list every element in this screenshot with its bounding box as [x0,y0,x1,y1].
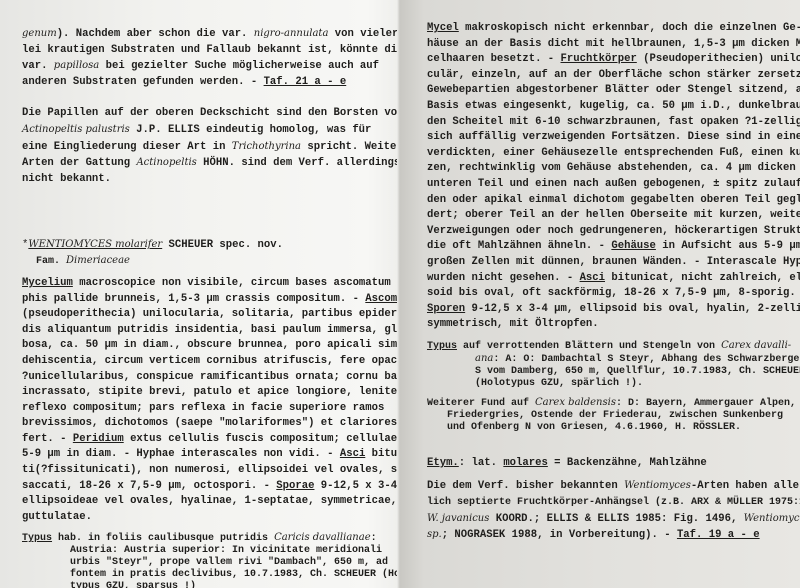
line: lei krautigen Substraten und Fallaub bek… [22,43,390,59]
line: var. papillosa bei gezielter Suche mögli… [22,58,390,75]
host-name: Caricis davallianae [274,532,371,543]
text: anderen Substraten gefunden werden. - [22,76,264,88]
spacer [427,390,790,397]
section-label-gehaeuse: Gehäuse [611,240,656,252]
section-label-peridium: Peridium [73,433,124,445]
line: soid bis oval, oft sackförmig, 18-26 x 7… [427,286,790,302]
line: dehiscentia, circum verticem cornibus at… [22,354,390,370]
section-label-asci: Asci [580,272,605,284]
text: in Aufsicht aus 5-9 µm [656,240,800,252]
line: häuse an der Basis dicht mit hellbraunen… [427,37,790,53]
text: -Arten haben alle spär- [691,480,800,492]
spacer [427,333,790,340]
line: Austria: Austria superior: In vicinitate… [22,545,390,557]
text: die oft Mahlzähnen ähneln. - [427,240,611,252]
line: Weiterer Fund auf Carex baldensis: D: Ba… [427,397,790,410]
section-label-fruchtkoerper: Fruchtkörper [561,53,637,65]
line: unteren Teil und einen nach außen geboge… [427,177,790,193]
line: sich auffällig verzweigenden Fortsätzen.… [427,130,790,146]
line: W. javanicus KOORD.; ELLIS & ELLIS 1985:… [427,511,790,528]
text: KOORD.; ELLIS & ELLIS 1985: Fig. 1496, [489,513,743,525]
line: symmetrisch, mit Öltropfen. [427,317,790,333]
text: 5-9 µm in diam. - Hyphae interascales no… [22,448,340,460]
section-label-typus: Typus [427,341,457,352]
section-label-sporae: Sporae [276,480,314,492]
spacer [22,525,390,532]
line: Gewebepartien abgestorbener Blätter oder… [427,83,790,99]
line: guttulatae. [22,510,390,526]
taxon-name: nigro-annulata [254,28,329,39]
line: incrassato, stipite brevi, patulo et api… [22,385,390,401]
line: genum). Nachdem aber schon die var. nigr… [22,26,390,43]
line: Verzweigungen oder noch gedrungeneren, h… [427,224,790,240]
line: zen, rechtwinklig vom Gehäuse abstehende… [427,161,790,177]
line: urbis "Steyr", prope vallem rivi "Dambac… [22,557,390,569]
text: hab. in foliis caulibusque putridis [52,533,274,544]
text: ). Nachdem aber schon die var. [57,28,254,40]
species-heading: *WENTIOMYCES molarifer SCHEUER spec. nov… [22,237,390,269]
spacer [427,434,790,456]
left-page-content: genum). Nachdem aber schon die var. nigr… [0,0,400,588]
line: dert; oberer Teil an der hellen Oberseit… [427,208,790,224]
text: extus cellulis fuscis compositum; cellul… [124,433,397,445]
text: : lat. [459,457,504,469]
line: *WENTIOMYCES molarifer SCHEUER spec. nov… [22,237,390,254]
host-name: Carex davalli- [721,340,791,351]
line: Typus hab. in foliis caulibusque putridi… [22,532,390,545]
line: fontem in pratis declivibus, 10.7.1983, … [22,569,390,581]
line: eine Eingliederung dieser Art in Trichot… [22,139,390,156]
text: var. [22,60,54,72]
text: wurden nicht gesehen. - [427,272,580,284]
section-label-sporen: Sporen [427,303,465,315]
line: Arten der Gattung Actinopeltis HÖHN. sin… [22,155,390,172]
line: phis pallide brunneis, 1,5-3 µm crassis … [22,292,390,308]
text: macroscopice non visibile, circum bases … [73,277,416,289]
line: 5-9 µm in diam. - Hyphae interascales no… [22,447,390,463]
text: = Backenzähne, Mahlzähne [548,457,707,469]
discussion-paragraph: Die dem Verf. bisher bekannten Wentiomyc… [427,478,790,543]
section-label-asci: Asci [340,448,365,460]
line: Mycel makroskopisch nicht erkennbar, doc… [427,21,790,37]
text: : A: O: Dambachtal S Steyr, Abhang des S… [493,354,800,365]
text: Weiterer Fund auf [427,398,535,409]
text: ; NOGRASEK 1988, in Vorbereitung). - [442,529,677,541]
typus-block: Typus auf verrottenden Blättern und Sten… [427,340,790,390]
text: eine Eingliederung dieser Art in [22,141,232,153]
species-author: SCHEUER spec. nov. [162,239,283,251]
line: Actinopeltis palustris J.P. ELLIS eindeu… [22,122,390,139]
taxon-name: papillosa [54,60,99,71]
typus-block: Typus hab. in foliis caulibusque putridi… [22,532,390,588]
line: und Ofenberg N von Griesen, 4.6.1960, H.… [427,422,790,434]
text: von vieler- [328,28,404,40]
family-label: Fam. [36,256,66,267]
section-label-mycel: Mycel [427,22,459,34]
line: Typus auf verrottenden Blättern und Sten… [427,340,790,353]
text: Arten der Gattung [22,157,136,169]
line: reflexo compositum; pars reflexa in faci… [22,401,390,417]
taxon-name: Actinopeltis [136,157,196,168]
line: sp.; NOGRASEK 1988, in Vorbereitung). - … [427,527,790,544]
line: ?unicellularibus, conspicue ramificantib… [22,370,390,386]
line: Mycelium macroscopice non visibile, circ… [22,276,390,292]
plate-reference: Taf. 19 a - e [677,529,760,541]
line: saccati, 18-26 x 7,5-9 µm, octospori. - … [22,479,390,495]
line: dis aliquantum putridis insidentia, basi… [22,323,390,339]
etym-word: molares [503,457,548,469]
line: (pseudoperithecia) unilocularia, solitar… [22,307,390,323]
spacer [22,269,390,276]
latin-description: Mycelium macroscopice non visibile, circ… [22,276,390,526]
line: anderen Substraten gefunden werden. - Ta… [22,75,390,91]
line: den Scheitel mit 6-10 schwarzbraunen, fa… [427,115,790,131]
text: : [371,533,377,544]
taxon-name: Actinopeltis palustris [22,124,130,135]
text: auf verrottenden Blättern und Stengeln v… [457,341,721,352]
line: Sporen 9-12,5 x 3-4 µm, ellipsoid bis ov… [427,302,790,318]
line: Die Papillen auf der oberen Deckschicht … [22,106,390,122]
text: HÖHN. sind dem Verf. allerdings [197,157,400,169]
spacer [22,187,390,237]
line: brevissimos, dichotomos (saepe "molarifo… [22,416,390,432]
text: saccati, 18-26 x 7,5-9 µm, octospori. - [22,480,276,492]
etymology: Etym.: lat. molares = Backenzähne, Mahlz… [427,456,790,472]
paragraph-papillen: Die Papillen auf der oberen Deckschicht … [22,106,390,187]
host-name: Carex baldensis [535,397,616,408]
line: verdickten, einer Gehäusezelle entsprech… [427,146,790,162]
line: typus GZU, sparsus !) [22,581,390,588]
species-name: W. javanicus [427,513,489,524]
text: makroskopisch nicht erkennbar, doch die … [459,22,800,34]
additional-record: Weiterer Fund auf Carex baldensis: D: Ba… [427,397,790,434]
line: bosa, ca. 50 µm in diam., obscure brunne… [22,338,390,354]
paragraph-varietas-text: genum). Nachdem aber schon die var. nigr… [22,26,390,90]
text: (Pseudoperithecien) unilo- [637,53,800,65]
text: 9-12,5 x 3-4 µm, ellipsoid bis oval, hya… [465,303,800,315]
german-description: Mycel makroskopisch nicht erkennbar, doc… [427,21,790,333]
genus-name: Wentiomyces [624,480,691,491]
line: nicht bekannt. [22,172,390,188]
line: den oder apikal einmal dichotom gegabelt… [427,193,790,209]
genus-name: Wentiomyces [744,513,800,524]
section-label-typus: Typus [22,533,52,544]
text: bei gezielter Suche möglicherweise auch … [99,60,379,72]
line: lich septierte Fruchtkörper-Anhängsel (z… [427,495,790,511]
line: S vom Damberg, 650 m, Quellflur, 10.7.19… [427,366,790,378]
line: (Holotypus GZU, spärlich !). [427,378,790,390]
line: Basis etwas eingesenkt, kugelig, ca. 50 … [427,99,790,115]
line: die oft Mahlzähnen ähneln. - Gehäuse in … [427,239,790,255]
line: ti(?fissitunicati), non numerosi, ellips… [22,463,390,479]
section-label-mycelium: Mycelium [22,277,73,289]
line: großen Zellen mit dünnen, braunen Wänden… [427,255,790,271]
text: bitunicat, nicht zahlreich, ellip- [605,272,800,284]
italic-fragment: genum [22,28,57,39]
line: ana: A: O: Dambachtal S Steyr, Abhang de… [427,353,790,366]
family-name: Dimeriaceae [66,255,130,266]
plate-reference: Taf. 21 a - e [264,76,347,88]
text: spricht. Weitere [301,141,409,153]
text: fert. - [22,433,73,445]
family-line: Fam. Dimeriaceae [22,254,390,269]
line: ellipsoideae vel ovales, hyalinae, 1-sep… [22,494,390,510]
line: Friedergries, Ostende der Friederau, zwi… [427,410,790,422]
host-name: ana [475,353,493,364]
text: Die dem Verf. bisher bekannten [427,480,624,492]
taxon-name: Trichothyrina [232,141,301,152]
abbrev: sp. [427,529,442,540]
spacer [22,90,390,106]
line: celhaaren besetzt. - Fruchtkörper (Pseud… [427,52,790,68]
text: phis pallide brunneis, 1,5-3 µm crassis … [22,293,365,305]
line: Die dem Verf. bisher bekannten Wentiomyc… [427,478,790,495]
text: J.P. ELLIS eindeutig homolog, was für [130,124,372,136]
text: celhaaren besetzt. - [427,53,561,65]
line: wurden nicht gesehen. - Asci bitunicat, … [427,271,790,287]
line: fert. - Peridium extus cellulis fuscis c… [22,432,390,448]
spacer [427,471,790,478]
species-name: WENTIOMYCES molarifer [28,239,162,250]
line: Etym.: lat. molares = Backenzähne, Mahlz… [427,456,790,472]
section-label-etym: Etym. [427,457,459,469]
right-page: Mycel makroskopisch nicht erkennbar, doc… [400,0,800,588]
line: culär, einzeln, auf an der Oberfläche sc… [427,68,790,84]
text: : D: Bayern, Ammergauer Alpen, [616,398,796,409]
